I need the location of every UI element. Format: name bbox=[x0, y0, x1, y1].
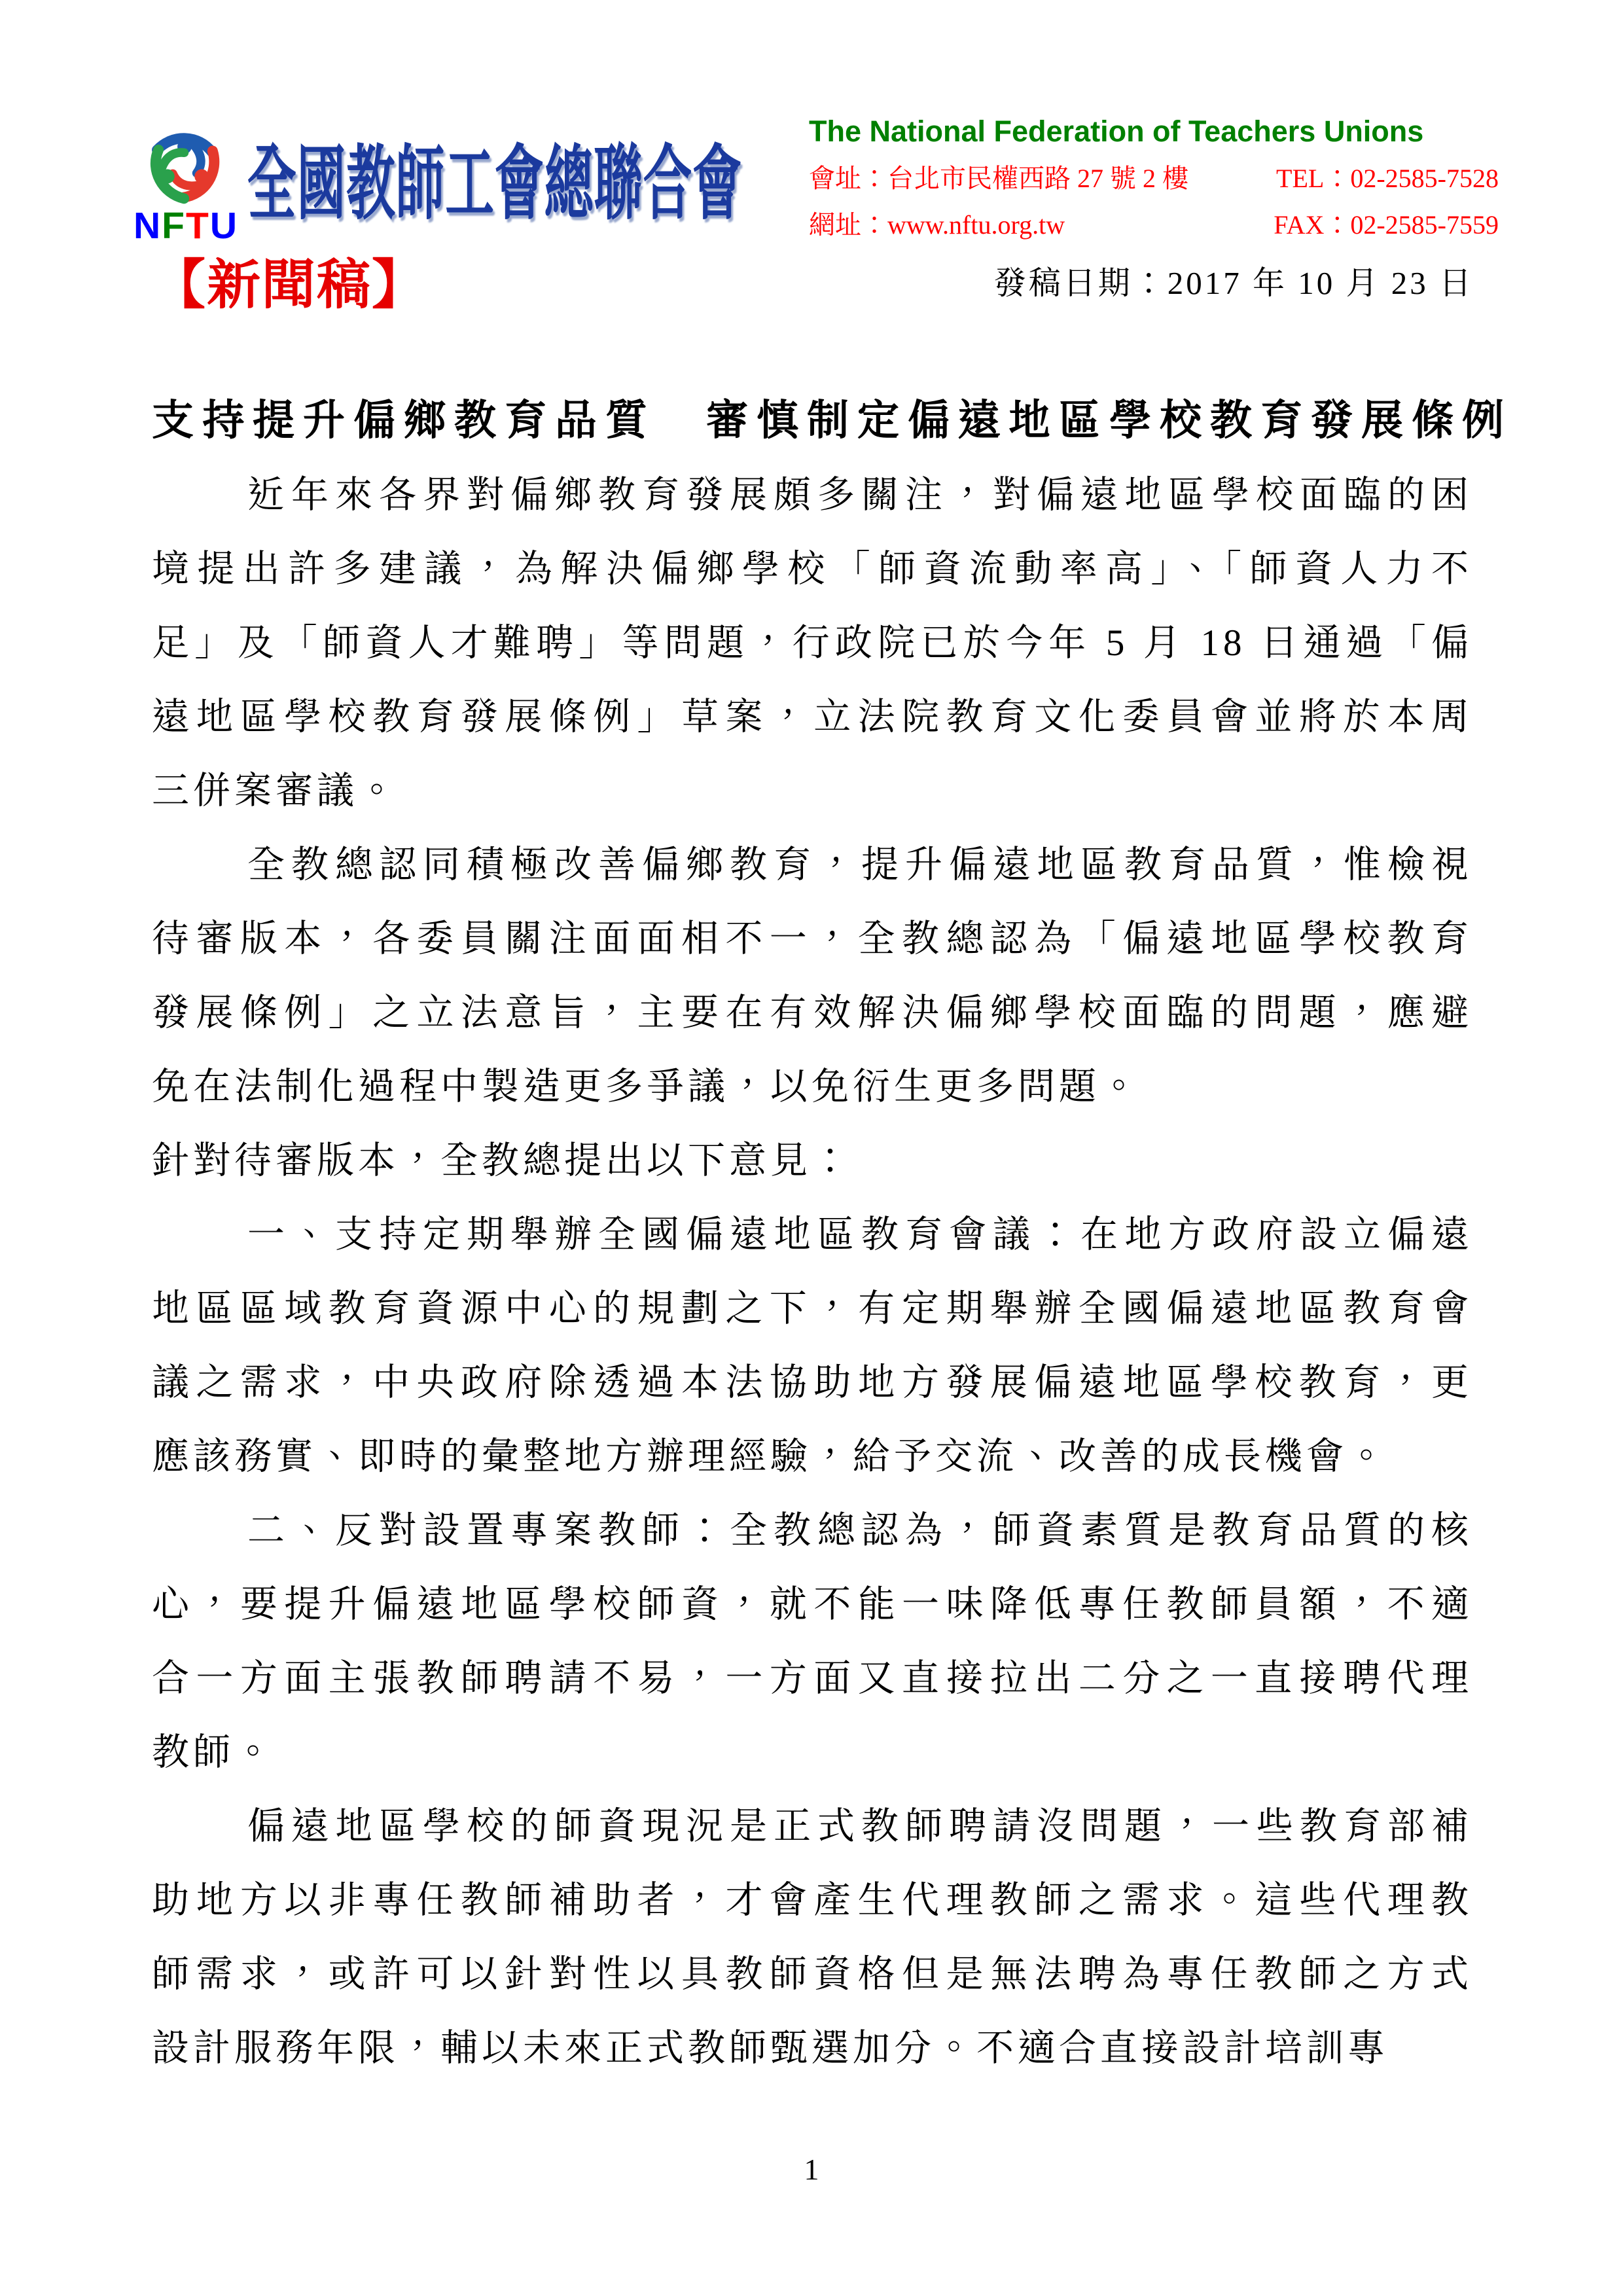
nftu-letter: F bbox=[162, 205, 186, 247]
body-text-line: 遠地區學校教育發展條例」草案，立法院教育文化委員會並將於本周 bbox=[152, 680, 1472, 754]
org-tel: TEL：02-2585-7528 bbox=[1276, 158, 1499, 195]
body-text-line: 合一方面主張教師聘請不易，一方面又直接拉出二分之一直接聘代理 bbox=[152, 1641, 1472, 1715]
org-name-english: The National Federation of Teachers Unio… bbox=[809, 115, 1499, 149]
nftu-logo: NFTU bbox=[130, 109, 240, 223]
org-address: 會址：台北市民權西路 27 號 2 樓 bbox=[809, 158, 1188, 195]
body-text-line: 助地方以非專任教師補助者，才會產生代理教師之需求。這些代理教 bbox=[152, 1863, 1472, 1937]
nftu-letter: U bbox=[210, 205, 238, 247]
letterhead-contact-block: The National Federation of Teachers Unio… bbox=[809, 115, 1499, 242]
page-number: 1 bbox=[0, 2152, 1623, 2187]
body-text-line: 三併案審議。 bbox=[152, 754, 1472, 828]
body-text-line: 待審版本，各委員關注面面相不一，全教總認為「偏遠地區學校教育 bbox=[152, 902, 1472, 976]
nftu-letter: N bbox=[134, 205, 162, 247]
body-text-line: 全教總認同積極改善偏鄉教育，提升偏遠地區教育品質，惟檢視 bbox=[152, 828, 1472, 902]
document-page: NFTU 全國教師工會總聯合會 The National Federation … bbox=[0, 0, 1623, 2296]
org-fax: FAX：02-2585-7559 bbox=[1274, 204, 1499, 242]
body-text-line: 針對待審版本，全教總提出以下意見： bbox=[152, 1124, 1472, 1198]
body-text-line: 應該務實、即時的彙整地方辦理經驗，給予交流、改善的成長機會。 bbox=[152, 1420, 1472, 1494]
press-release-tag: 【新聞稿】 bbox=[152, 242, 427, 319]
press-release-row: 【新聞稿】 發稿日期：2017 年 10 月 23 日 bbox=[152, 242, 1474, 319]
article-body: 近年來各界對偏鄉教育發展頗多關注，對偏遠地區學校面臨的困境提出許多建議，為解決偏… bbox=[152, 458, 1472, 2085]
body-text-line: 足」及「師資人才難聘」等問題，行政院已於今年 5 月 18 日通過「偏 bbox=[152, 606, 1472, 680]
body-text-line: 地區區域教育資源中心的規劃之下，有定期舉辦全國偏遠地區教育會 bbox=[152, 1272, 1472, 1346]
org-name-calligraphy: 全國教師工會總聯合會 bbox=[247, 118, 742, 235]
body-text-line: 近年來各界對偏鄉教育發展頗多關注，對偏遠地區學校面臨的困 bbox=[152, 458, 1472, 532]
body-text-line: 一、支持定期舉辦全國偏遠地區教育會議：在地方政府設立偏遠 bbox=[152, 1198, 1472, 1272]
body-text-line: 教師。 bbox=[152, 1715, 1472, 1789]
body-text-line: 二、反對設置專案教師：全教總認為，師資素質是教育品質的核 bbox=[152, 1494, 1472, 1568]
body-text-line: 發展條例」之立法意旨，主要在有效解決偏鄉學校面臨的問題，應避 bbox=[152, 976, 1472, 1050]
body-text-line: 議之需求，中央政府除透過本法協助地方發展偏遠地區學校教育，更 bbox=[152, 1346, 1472, 1420]
org-website: 網址：www.nftu.org.tw bbox=[809, 204, 1065, 242]
body-text-line: 偏遠地區學校的師資現況是正式教師聘請沒問題，一些教育部補 bbox=[152, 1789, 1472, 1863]
nftu-logo-letters: NFTU bbox=[131, 206, 241, 245]
article-title: 支持提升偏鄉教育品質 審慎制定偏遠地區學校教育發展條例 bbox=[152, 387, 1474, 447]
body-text-line: 心，要提升偏遠地區學校師資，就不能一味降低專任教師員額，不適 bbox=[152, 1568, 1472, 1641]
contact-row-2: 網址：www.nftu.org.tw FAX：02-2585-7559 bbox=[809, 204, 1499, 242]
body-text-line: 境提出許多建議，為解決偏鄉學校「師資流動率高」、「師資人力不 bbox=[152, 532, 1472, 606]
contact-row-1: 會址：台北市民權西路 27 號 2 樓 TEL：02-2585-7528 bbox=[809, 158, 1499, 195]
body-text-line: 師需求，或許可以針對性以具教師資格但是無法聘為專任教師之方式 bbox=[152, 1937, 1472, 2011]
press-release-date: 發稿日期：2017 年 10 月 23 日 bbox=[994, 258, 1474, 304]
nftu-letter: T bbox=[186, 205, 210, 247]
nftu-logo-icon bbox=[130, 109, 240, 219]
body-text-line: 免在法制化過程中製造更多爭議，以免衍生更多問題。 bbox=[152, 1050, 1472, 1124]
body-text-line: 設計服務年限，輔以未來正式教師甄選加分。不適合直接設計培訓專 bbox=[152, 2011, 1472, 2085]
